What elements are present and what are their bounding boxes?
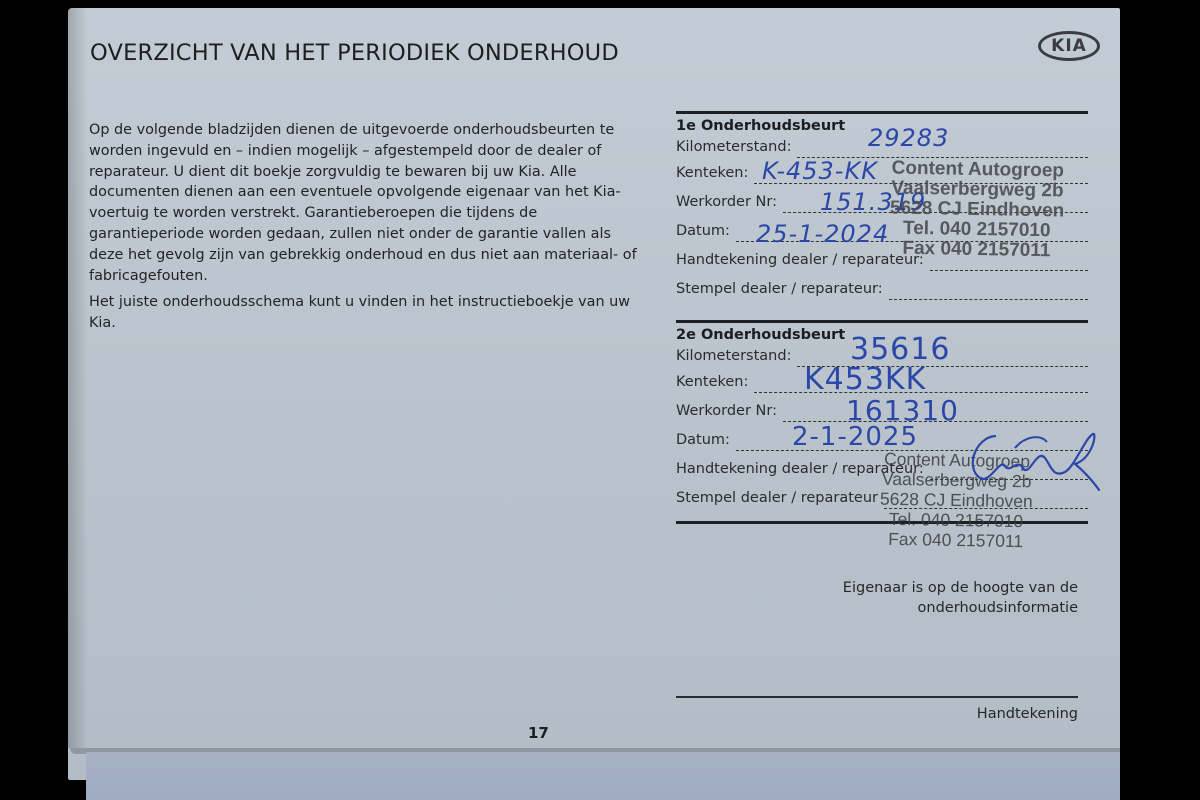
field-label: Kenteken: <box>676 159 748 188</box>
stamp-line: Fax 040 2157011 <box>879 529 1032 552</box>
field-label: Stempel dealer / reparateur <box>676 484 878 513</box>
section-divider <box>676 320 1088 323</box>
handwritten-kenteken-1: K-453-KK <box>762 157 878 185</box>
kia-logo-icon: KIA <box>1038 31 1100 61</box>
owner-note-line: Eigenaar is op de hoogte van de <box>843 578 1078 598</box>
owner-signature-line <box>676 696 1078 698</box>
field-label: Handtekening dealer / reparateur: <box>676 246 924 275</box>
handwritten-km-1: 29283 <box>868 124 949 152</box>
intro-text: Op de volgende bladzijden dienen de uitg… <box>89 120 649 340</box>
owner-note-line: onderhoudsinformatie <box>843 598 1078 618</box>
section-divider <box>676 111 1088 114</box>
field-label: Werkorder Nr: <box>676 188 777 217</box>
page-number: 17 <box>528 724 549 742</box>
dealer-stamp-1: Content Autogroep Vaalserbergweg 2b 5628… <box>889 158 1065 261</box>
dealer-signature-icon <box>955 428 1105 498</box>
owner-signature-label: Handtekening <box>977 706 1078 722</box>
field-label: Datum: <box>676 217 730 246</box>
field-label: Werkorder Nr: <box>676 397 777 426</box>
stamp-line: Tel. 040 2157010 <box>879 509 1032 532</box>
fill-line <box>889 283 1088 300</box>
intro-paragraph: Het juiste onderhoudsschema kunt u vinde… <box>89 292 649 334</box>
handwritten-datum-2: 2-1-2025 <box>792 422 918 452</box>
page-title: OVERZICHT VAN HET PERIODIEK ONDERHOUD <box>90 40 619 66</box>
owner-acknowledgement: Eigenaar is op de hoogte van de onderhou… <box>843 578 1078 618</box>
intro-paragraph: Op de volgende bladzijden dienen de uitg… <box>89 120 649 286</box>
field-label: Stempel dealer / reparateur: <box>676 275 883 304</box>
stamp-line: Fax 040 2157011 <box>889 238 1064 261</box>
field-label: Kenteken: <box>676 368 748 397</box>
field-label: Kilometerstand: <box>676 135 791 159</box>
kia-logo-text: KIA <box>1051 36 1087 56</box>
field-label: Datum: <box>676 426 730 455</box>
field-label: Kilometerstand: <box>676 344 791 368</box>
page-gutter-shadow <box>68 8 88 748</box>
handwritten-datum-1: 25-1-2024 <box>756 220 889 248</box>
handwritten-kenteken-2: K453KK <box>804 362 926 397</box>
background-right <box>1130 0 1200 800</box>
underlying-page <box>86 752 1120 800</box>
field-stempel-dealer: Stempel dealer / reparateur: <box>676 275 1088 304</box>
